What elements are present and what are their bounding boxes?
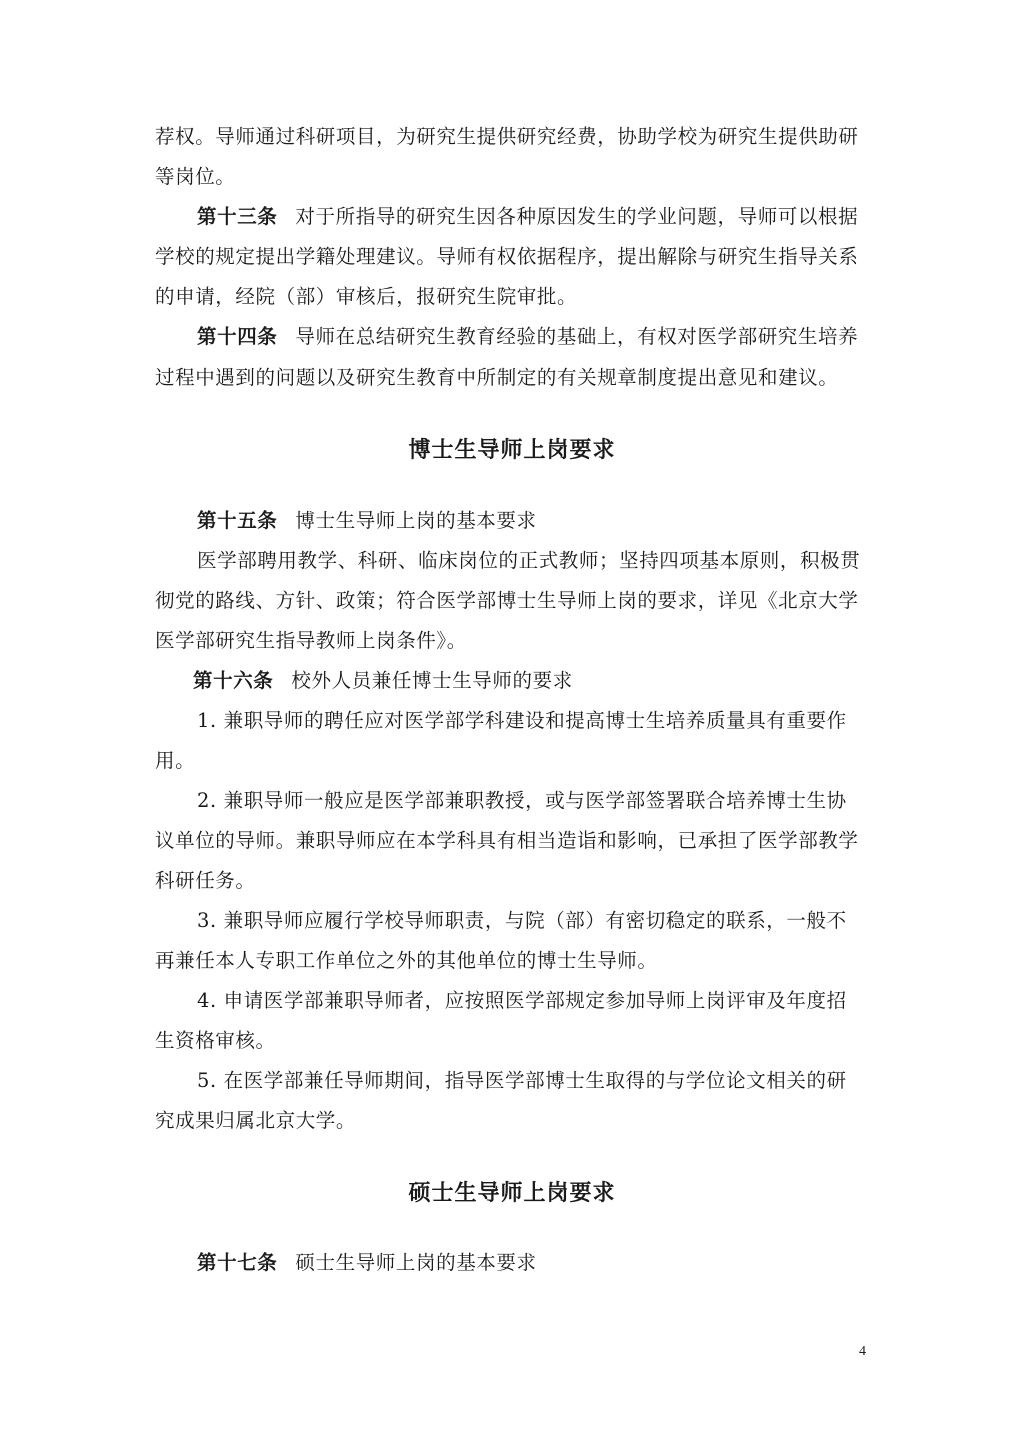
section-heading-doctoral: 博士生导师上岗要求: [0, 433, 1024, 464]
article-13: 第十三条对于所指导的研究生因各种原因发生的学业问题，导师可以根据: [197, 203, 871, 231]
list-item-continued: 议单位的导师。兼职导师应在本学科具有相当造诣和影响，已承担了医学部教学: [155, 827, 871, 855]
list-item-continued: 用。: [155, 747, 871, 775]
list-item: 5. 在医学部兼任导师期间，指导医学部博士生取得的与学位论文相关的研: [197, 1067, 871, 1095]
paragraph-line: 学校的规定提出学籍处理建议。导师有权依据程序，提出解除与研究生指导关系: [155, 243, 871, 271]
article-number: 第十三条: [197, 205, 277, 228]
article-16: 第十六条校外人员兼任博士生导师的要求: [193, 667, 867, 695]
article-15: 第十五条博士生导师上岗的基本要求: [197, 507, 871, 535]
list-item: 3. 兼职导师应履行学校导师职责，与院（部）有密切稳定的联系，一般不: [197, 907, 871, 935]
list-item-continued: 究成果归属北京大学。: [155, 1107, 871, 1135]
list-item-continued: 科研任务。: [155, 867, 871, 895]
article-number: 第十六条: [193, 669, 273, 692]
paragraph-line: 彻党的路线、方针、政策；符合医学部博士生导师上岗的要求，详见《北京大学: [155, 587, 871, 615]
section-heading-master: 硕士生导师上岗要求: [0, 1176, 1024, 1207]
article-number: 第十七条: [197, 1251, 277, 1274]
paragraph-line: 等岗位。: [155, 163, 871, 191]
list-item: 1. 兼职导师的聘任应对医学部学科建设和提高博士生培养质量具有重要作: [197, 707, 871, 735]
paragraph-line: 医学部研究生指导教师上岗条件》。: [155, 627, 871, 655]
page-number: 4: [859, 1344, 866, 1360]
article-text: 校外人员兼任博士生导师的要求: [291, 669, 572, 692]
article-text: 博士生导师上岗的基本要求: [295, 509, 536, 532]
article-text: 对于所指导的研究生因各种原因发生的学业问题，导师可以根据: [295, 205, 858, 228]
paragraph-line: 荐权。导师通过科研项目，为研究生提供研究经费，协助学校为研究生提供助研: [155, 123, 871, 151]
paragraph-line: 过程中遇到的问题以及研究生教育中所制定的有关规章制度提出意见和建议。: [155, 364, 871, 392]
list-item: 2. 兼职导师一般应是医学部兼职教授，或与医学部签署联合培养博士生协: [197, 787, 871, 815]
document-page: 荐权。导师通过科研项目，为研究生提供研究经费，协助学校为研究生提供助研 等岗位。…: [0, 0, 1024, 1448]
article-number: 第十四条: [197, 325, 277, 348]
paragraph-line: 医学部聘用教学、科研、临床岗位的正式教师；坚持四项基本原则，积极贯: [197, 547, 871, 575]
list-item-continued: 再兼任本人专职工作单位之外的其他单位的博士生导师。: [155, 947, 871, 975]
article-number: 第十五条: [197, 509, 277, 532]
article-text: 导师在总结研究生教育经验的基础上，有权对医学部研究生培养: [295, 325, 858, 348]
paragraph-line: 的申请，经院（部）审核后，报研究生院审批。: [155, 283, 871, 311]
article-14: 第十四条导师在总结研究生教育经验的基础上，有权对医学部研究生培养: [197, 323, 871, 351]
article-17: 第十七条硕士生导师上岗的基本要求: [197, 1249, 871, 1277]
list-item: 4. 申请医学部兼职导师者，应按照医学部规定参加导师上岗评审及年度招: [197, 987, 871, 1015]
list-item-continued: 生资格审核。: [155, 1027, 871, 1055]
article-text: 硕士生导师上岗的基本要求: [295, 1251, 536, 1274]
